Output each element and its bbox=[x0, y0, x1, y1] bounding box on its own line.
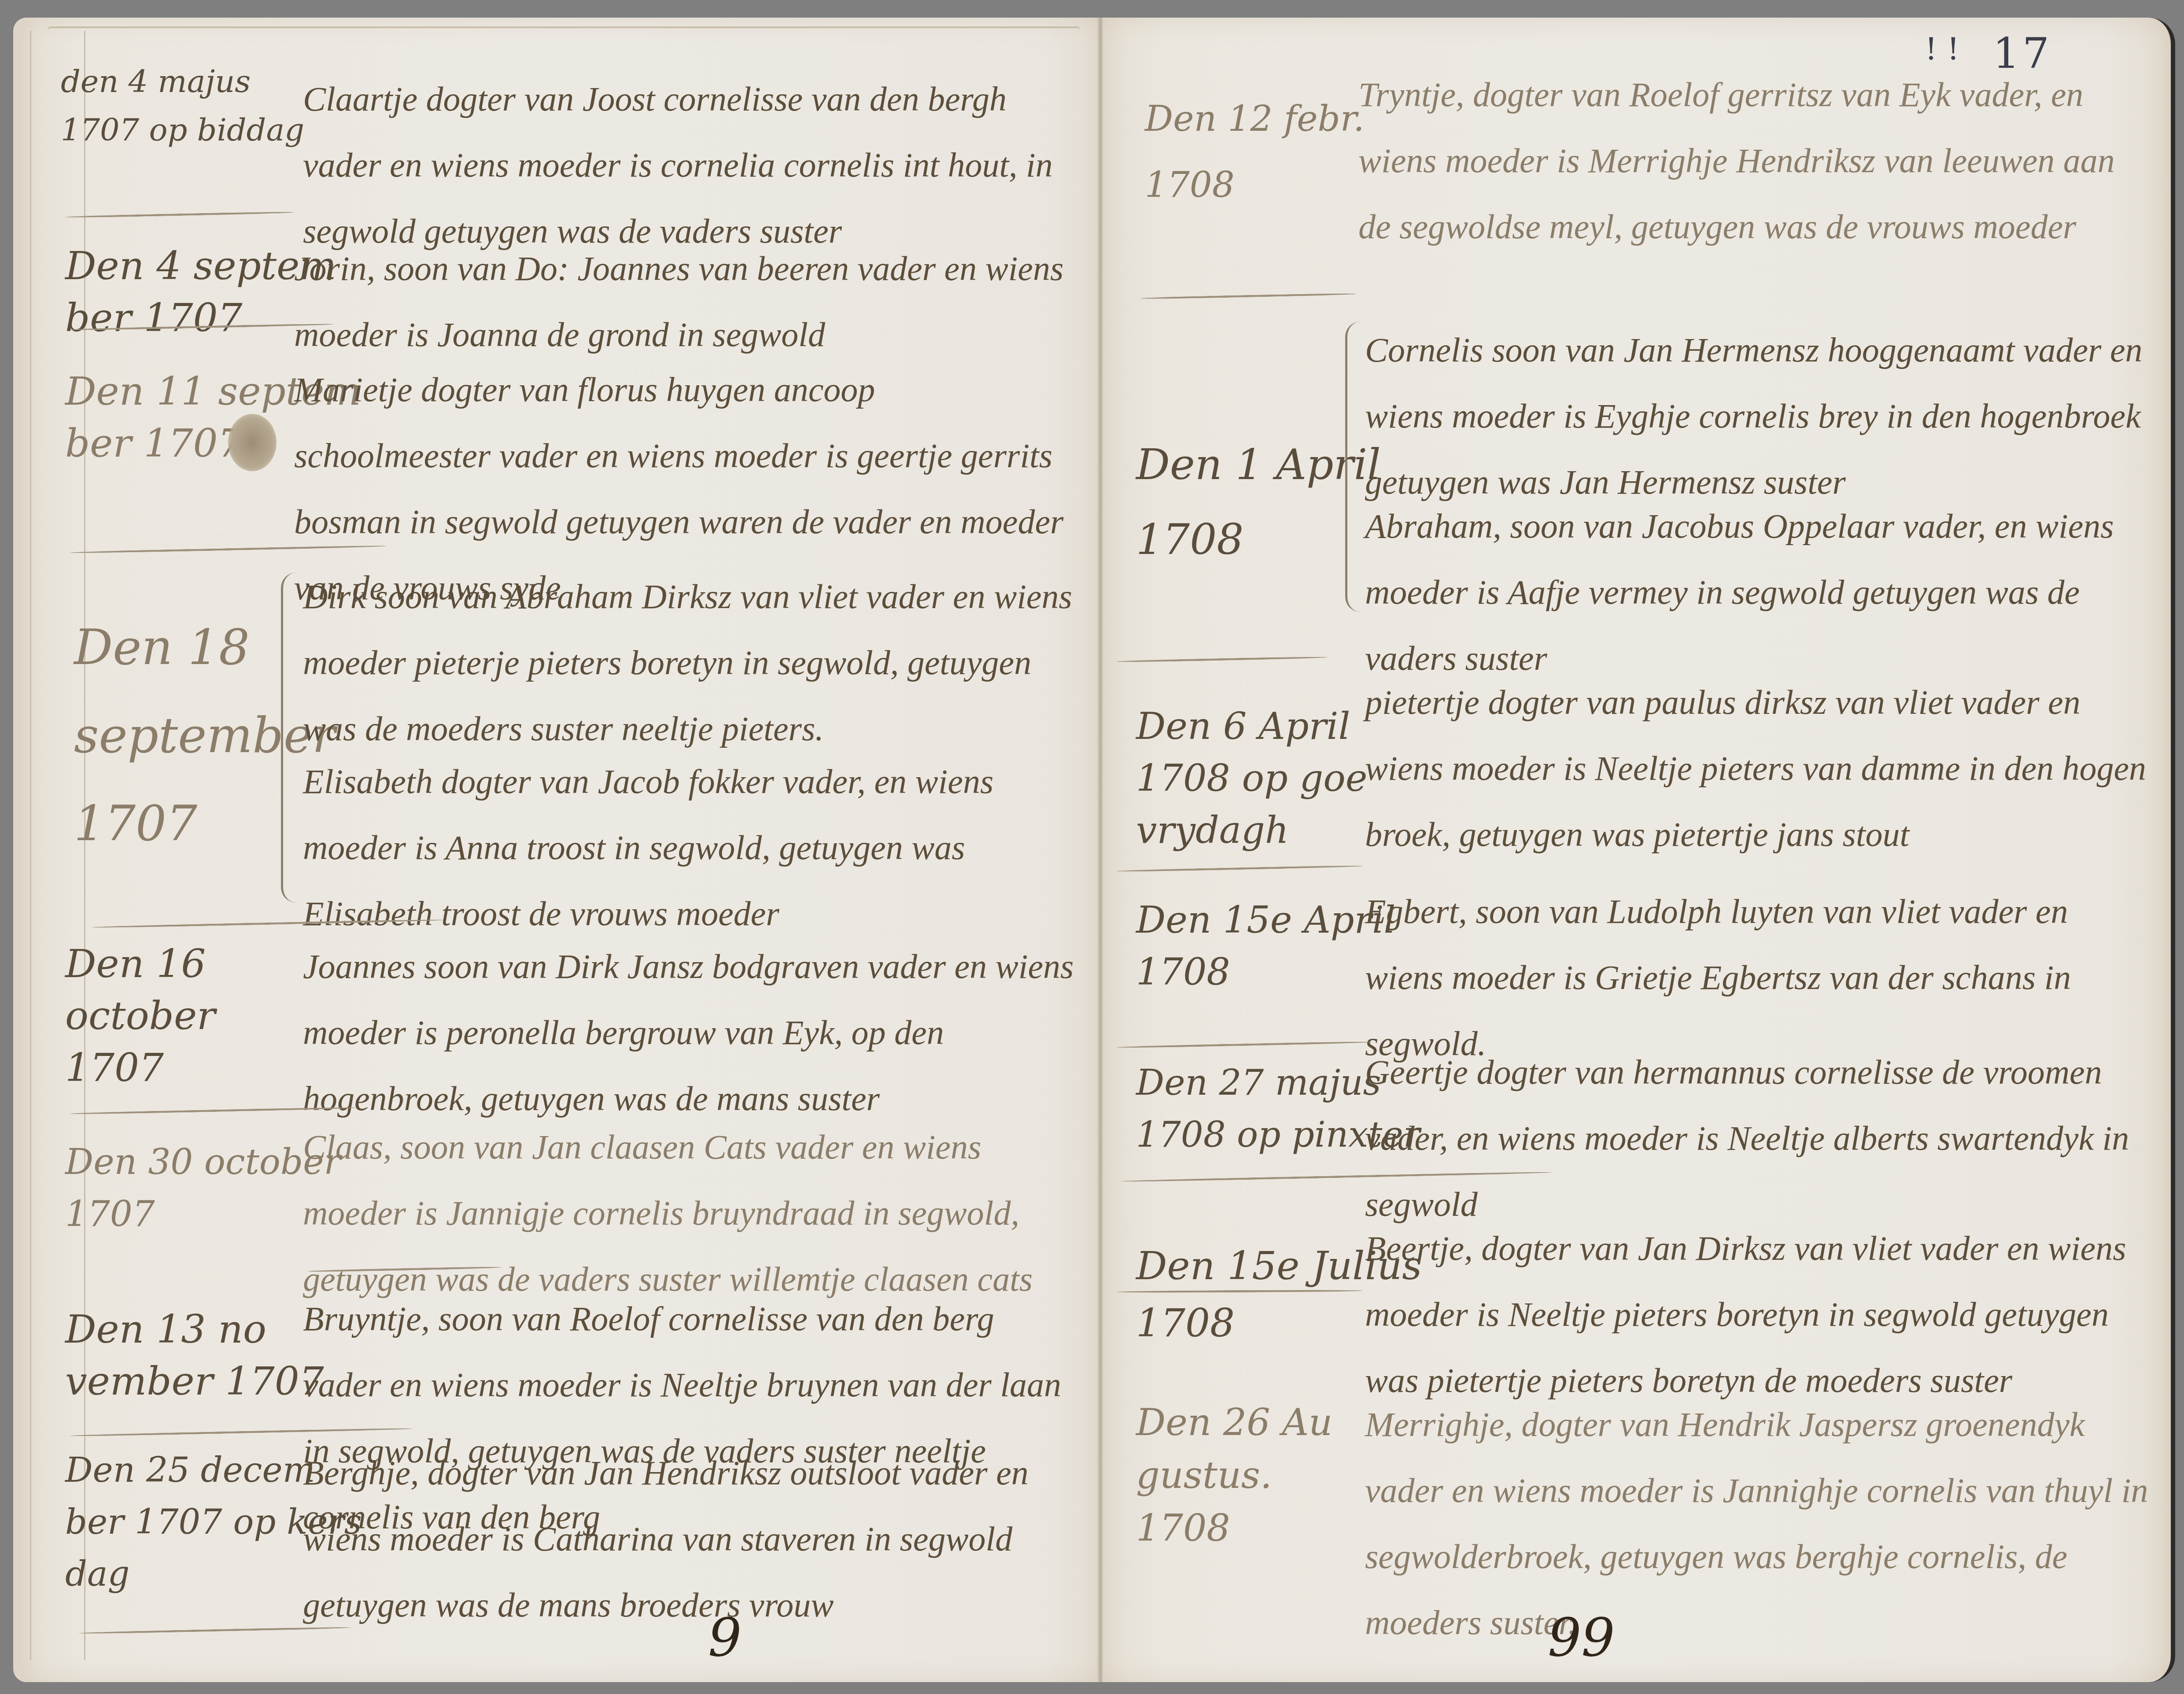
catchword: 9 bbox=[708, 1607, 742, 1668]
entry-text: Claas, soon van Jan claasen Cats vader e… bbox=[303, 1114, 1078, 1312]
entry-text: Abraham, soon van Jacobus Oppelaar vader… bbox=[1365, 493, 2149, 691]
entry-divider bbox=[65, 211, 294, 218]
entry-date: Den 16 october 1707 bbox=[65, 938, 215, 1094]
entry-text: Joannes soon van Dirk Jansz bodgraven va… bbox=[303, 934, 1078, 1132]
top-page-fold bbox=[48, 26, 1080, 34]
entry-text: Merrighje, dogter van Hendrik Jaspersz g… bbox=[1365, 1391, 2149, 1656]
entry-divider bbox=[1116, 865, 1363, 872]
entry-date: Den 30 october 1707 bbox=[65, 1136, 341, 1240]
ink-stain bbox=[228, 414, 277, 471]
entry-body: Tryntje, dogter van Roelof gerritsz van … bbox=[1358, 75, 2115, 246]
entry-body: Egbert, soon van Ludolph luyten van vlie… bbox=[1365, 892, 2071, 1063]
bracket bbox=[1345, 321, 1361, 612]
entry-text: Cornelis soon van Jan Hermensz hooggenaa… bbox=[1365, 317, 2149, 515]
entry-date: Den 1 April 1708 bbox=[1136, 427, 1381, 577]
entry-text: Jorin, soon van Do: Joannes van beeren v… bbox=[294, 236, 1078, 368]
entry-body: Dirk soon van Abraham Dirksz van vliet v… bbox=[303, 577, 1072, 748]
entry-text: Claartje dogter van Joost cornelisse van… bbox=[303, 66, 1078, 264]
entry-body: Elisabeth dogter van Jacob fokker vader,… bbox=[303, 762, 993, 933]
entry-date: den 4 majus 1707 op biddag bbox=[61, 57, 304, 154]
left-page: den 4 majus 1707 op biddag Claartje dogt… bbox=[13, 18, 1107, 1682]
entry-text: pietertje dogter van paulus dirksz van v… bbox=[1365, 669, 2149, 867]
entry-date: Den 6 April 1708 op goe vrydagh bbox=[1136, 700, 1368, 856]
entry-body: Abraham, soon van Jacobus Oppelaar vader… bbox=[1365, 507, 2114, 677]
entry-body: Merrighje, dogter van Hendrik Jaspersz g… bbox=[1365, 1405, 2148, 1642]
right-page: ! ! 17 Den 12 febr. 1708 Tryntje, dogter… bbox=[1103, 18, 2175, 1682]
book-gutter bbox=[1097, 18, 1103, 1682]
entry-text: Geertje dogter van hermannus cornelisse … bbox=[1365, 1039, 2149, 1237]
entry-body: Claas, soon van Jan claasen Cats vader e… bbox=[303, 1128, 1033, 1298]
entry-divider bbox=[1140, 293, 1356, 299]
entry-body: Cornelis soon van Jan Hermensz hooggenaa… bbox=[1365, 331, 2143, 501]
entry-body: Geertje dogter van hermannus cornelisse … bbox=[1365, 1053, 2129, 1223]
entry-body: Joannes soon van Dirk Jansz bodgraven va… bbox=[303, 947, 1074, 1118]
entry-body: pietertje dogter van paulus dirksz van v… bbox=[1365, 683, 2146, 853]
entry-date: Den 13 no vember 1707 bbox=[65, 1303, 324, 1407]
entry-text: Berghje, dogter van Jan Hendriksz outslo… bbox=[303, 1440, 1078, 1638]
bracket bbox=[281, 572, 296, 903]
entry-divider bbox=[1116, 656, 1328, 663]
entry-text: Dirk soon van Abraham Dirksz van vliet v… bbox=[303, 564, 1078, 762]
entry-body: Jorin, soon van Do: Joannes van beeren v… bbox=[294, 249, 1063, 354]
entry-body: Claartje dogter van Joost cornelisse van… bbox=[303, 80, 1053, 250]
open-register-book: den 4 majus 1707 op biddag Claartje dogt… bbox=[13, 18, 2171, 1682]
catchword: 99 bbox=[1548, 1607, 1615, 1668]
entry-body: Beertje, dogter van Jan Dirksz van vliet… bbox=[1365, 1229, 2126, 1399]
entry-divider bbox=[1116, 1041, 1372, 1048]
entry-body: Berghje, dogter van Jan Hendriksz outslo… bbox=[303, 1454, 1029, 1624]
entry-text: Tryntje, dogter van Roelof gerritsz van … bbox=[1358, 62, 2142, 260]
entry-text: Beertje, dogter van Jan Dirksz van vliet… bbox=[1365, 1215, 2149, 1414]
entry-date: Den 15e April 1708 bbox=[1136, 894, 1395, 998]
entry-text: Elisabeth dogter van Jacob fokker vader,… bbox=[303, 749, 1078, 947]
entry-date: Den 12 febr. 1708 bbox=[1145, 86, 1365, 218]
entry-date: Den 26 Au gustus. 1708 bbox=[1136, 1396, 1332, 1554]
